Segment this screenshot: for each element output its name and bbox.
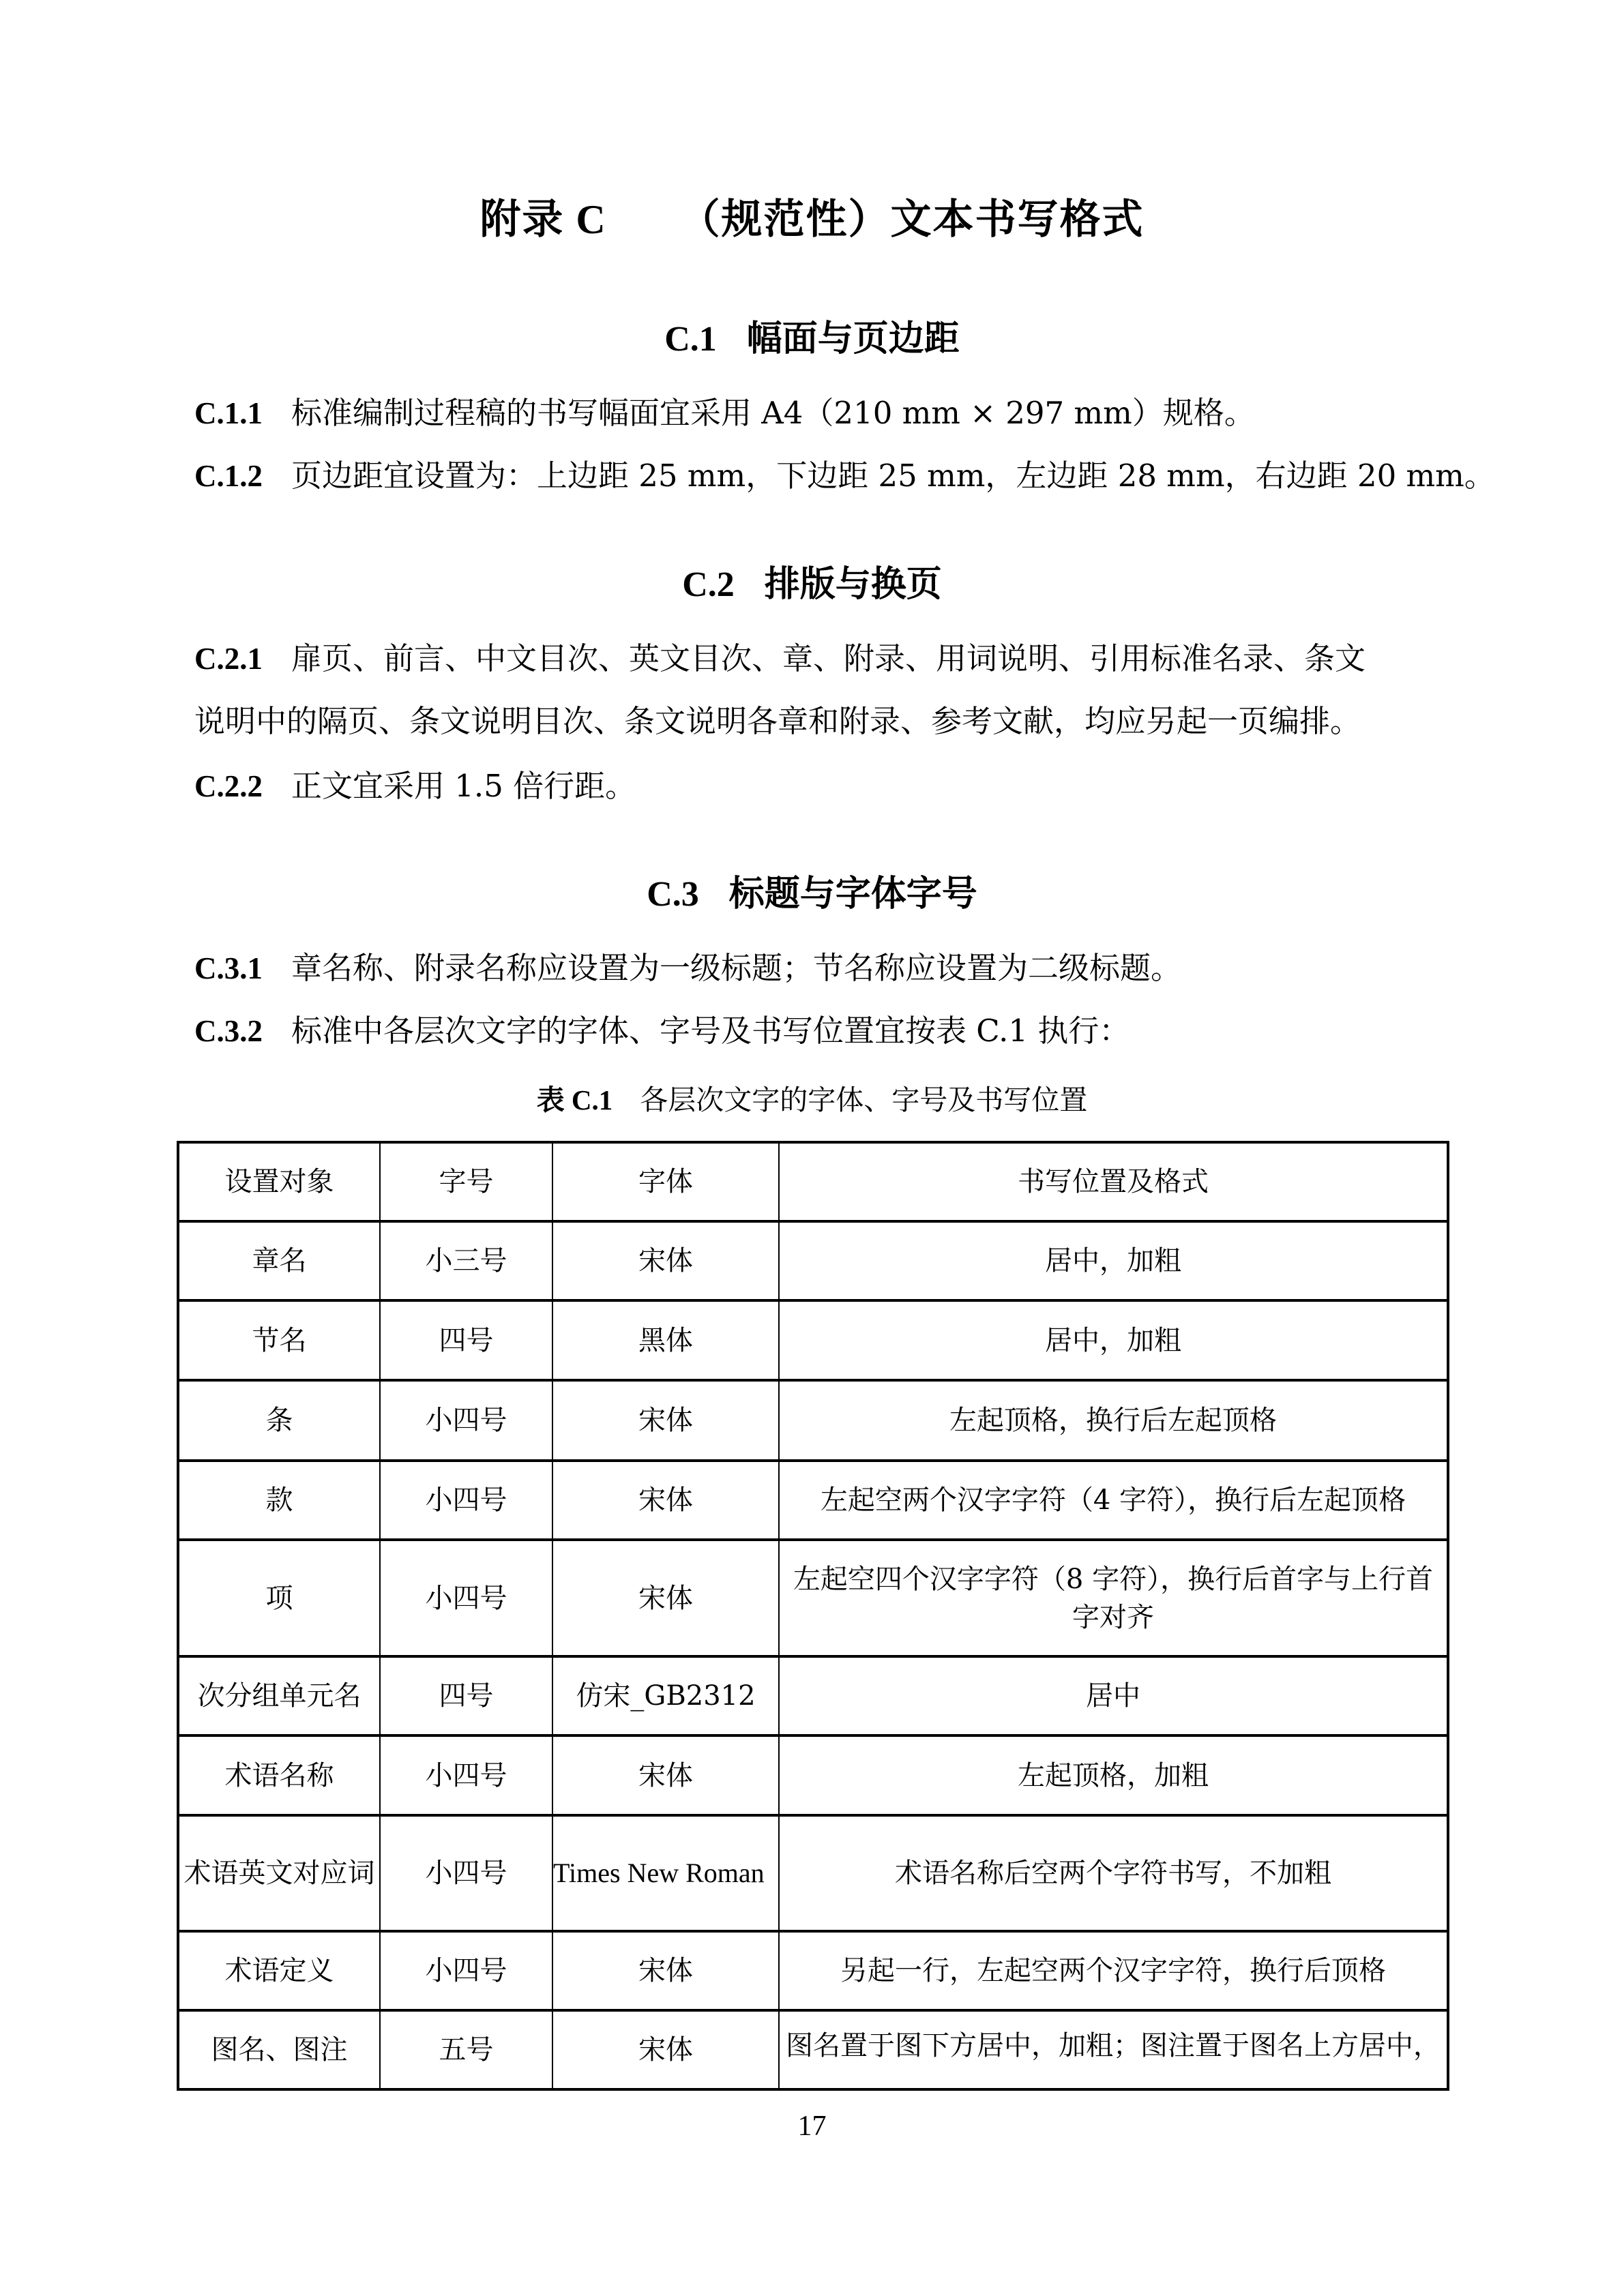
table-cell: 次分组单元名 (178, 1656, 380, 1735)
table-cell: 四号 (380, 1300, 552, 1380)
table-cell: 章名 (178, 1221, 380, 1300)
table-cell: 小四号 (380, 1380, 552, 1461)
table-cell: 术语英文对应词 (178, 1815, 380, 1931)
table-cell: 左起空四个汉字字符（8 字符），换行后首字与上行首字对齐 (779, 1540, 1448, 1656)
section-name: 幅面与页边距 (747, 318, 960, 359)
table-cell: 小四号 (380, 1735, 552, 1815)
table-row: 术语定义 小四号 宋体 另起一行，左起空两个汉字字符，换行后顶格 (178, 1931, 1448, 2010)
table-header-cell: 字体 (552, 1142, 779, 1221)
table-cell: 宋体 (552, 1931, 779, 2010)
clause-text: 标准编制过程稿的书写幅面宜采用 A4（210 mm × 297 mm）规格。 (291, 395, 1255, 431)
table-cell: 小四号 (380, 1931, 552, 2010)
table-cell: 项 (178, 1540, 380, 1656)
section-number: C.2 (682, 565, 735, 604)
table-cell: 款 (178, 1461, 380, 1540)
table-header-cell: 字号 (380, 1142, 552, 1221)
section-number: C.3 (647, 875, 699, 914)
clause-c3-1: C.3.1章名称、附录名称应设置为一级标题；节名称应设置为二级标题。 (194, 937, 1449, 1000)
table-cell: 宋体 (552, 1735, 779, 1815)
clause-c2-2: C.2.2正文宜采用 1.5 倍行距。 (194, 755, 1449, 818)
section-title-c3: C.3标题与字体字号 (0, 870, 1624, 919)
table-cell: 术语名称后空两个字符书写，不加粗 (779, 1815, 1448, 1931)
appendix-code: 附录 C (479, 197, 606, 242)
section-number: C.1 (664, 320, 717, 359)
clause-c3-2: C.3.2标准中各层次文字的字体、字号及书写位置宜按表 C.1 执行： (194, 1000, 1449, 1062)
table-cell: 条 (178, 1380, 380, 1461)
table-cell: 宋体 (552, 1461, 779, 1540)
table-caption: 表 C.1各层次文字的字体、字号及书写位置 (0, 1076, 1624, 1124)
section-title-c2: C.2排版与换页 (0, 561, 1624, 609)
clause-number: C.2.1 (194, 642, 263, 676)
table-cell: 宋体 (552, 2010, 779, 2089)
table-cell: 小四号 (380, 1461, 552, 1540)
table-header-cell: 设置对象 (178, 1142, 380, 1221)
table-cell: 图名置于图下方居中，加粗；图注置于图名上方居中， (779, 2010, 1448, 2089)
clause-text: 章名称、附录名称应设置为一级标题；节名称应设置为二级标题。 (291, 950, 1181, 986)
clause-number: C.3.1 (194, 951, 263, 985)
table-row: 次分组单元名 四号 仿宋_GB2312 居中 (178, 1656, 1448, 1735)
table-row: 节名 四号 黑体 居中，加粗 (178, 1300, 1448, 1380)
table-cell: 四号 (380, 1656, 552, 1735)
clause-c1-1: C.1.1标准编制过程稿的书写幅面宜采用 A4（210 mm × 297 mm）… (194, 382, 1449, 445)
format-table: 设置对象 字号 字体 书写位置及格式 章名 小三号 宋体 居中，加粗 节名 四号… (177, 1141, 1449, 2091)
table-cell: 左起空两个汉字字符（4 字符），换行后左起顶格 (779, 1461, 1448, 1540)
table-cell: 仿宋_GB2312 (552, 1656, 779, 1735)
table-cell: 居中，加粗 (779, 1300, 1448, 1380)
clause-c1-2: C.1.2页边距宜设置为：上边距 25 mm，下边距 25 mm，左边距 28 … (194, 445, 1449, 507)
clause-text-continued: 说明中的隔页、条文说明目次、条文说明各章和附录、参考文献，均应另起一页编排。 (194, 690, 1449, 753)
table-row: 术语名称 小四号 宋体 左起顶格，加粗 (178, 1735, 1448, 1815)
table-cell: 居中，加粗 (779, 1221, 1448, 1300)
table-row: 条 小四号 宋体 左起顶格，换行后左起顶格 (178, 1380, 1448, 1461)
section-title-c1: C.1幅面与页边距 (0, 315, 1624, 363)
table-header-cell: 书写位置及格式 (779, 1142, 1448, 1221)
table-cell: 另起一行，左起空两个汉字字符，换行后顶格 (779, 1931, 1448, 2010)
table-cell: 节名 (178, 1300, 380, 1380)
table-row: 图名、图注 五号 宋体 图名置于图下方居中，加粗；图注置于图名上方居中， (178, 2010, 1448, 2089)
table-cell: 黑体 (552, 1300, 779, 1380)
section-name: 排版与换页 (765, 564, 942, 605)
clause-number: C.1.2 (194, 459, 263, 493)
page-number: 17 (0, 2106, 1624, 2147)
appendix-title: 附录 C （规范性）文本书写格式 (0, 192, 1624, 247)
table-cell: 宋体 (552, 1221, 779, 1300)
clause-text: 标准中各层次文字的字体、字号及书写位置宜按表 C.1 执行： (291, 1013, 1130, 1049)
table-number: 表 C.1 (537, 1084, 613, 1116)
appendix-name: （规范性）文本书写格式 (679, 196, 1145, 243)
table-cell: 五号 (380, 2010, 552, 2089)
table-cell: Times New Roman (552, 1815, 779, 1931)
table-row: 项 小四号 宋体 左起空四个汉字字符（8 字符），换行后首字与上行首字对齐 (178, 1540, 1448, 1656)
clause-c2-1: C.2.1扉页、前言、中文目次、英文目次、章、附录、用词说明、引用标准名录、条文… (194, 627, 1449, 753)
table-cell: 左起顶格，加粗 (779, 1735, 1448, 1815)
table-cell: 居中 (779, 1656, 1448, 1735)
clause-number: C.2.2 (194, 769, 263, 803)
table-cell: 术语定义 (178, 1931, 380, 2010)
table-cell: 小四号 (380, 1540, 552, 1656)
table-cell: 宋体 (552, 1540, 779, 1656)
clause-number: C.1.1 (194, 396, 263, 430)
clause-number: C.3.2 (194, 1014, 263, 1048)
clause-text: 页边距宜设置为：上边距 25 mm，下边距 25 mm，左边距 28 mm，右边… (291, 458, 1495, 494)
table-row: 术语英文对应词 小四号 Times New Roman 术语名称后空两个字符书写… (178, 1815, 1448, 1931)
table-cell: 左起顶格，换行后左起顶格 (779, 1380, 1448, 1461)
table-cell: 小三号 (380, 1221, 552, 1300)
table-cell: 术语名称 (178, 1735, 380, 1815)
table-title: 各层次文字的字体、字号及书写位置 (640, 1084, 1087, 1116)
section-name: 标题与字体字号 (729, 874, 977, 914)
table-cell: 小四号 (380, 1815, 552, 1931)
table-header-row: 设置对象 字号 字体 书写位置及格式 (178, 1142, 1448, 1221)
table-row: 章名 小三号 宋体 居中，加粗 (178, 1221, 1448, 1300)
table-row: 款 小四号 宋体 左起空两个汉字字符（4 字符），换行后左起顶格 (178, 1461, 1448, 1540)
clause-text: 扉页、前言、中文目次、英文目次、章、附录、用词说明、引用标准名录、条文 (291, 640, 1365, 676)
clause-text: 正文宜采用 1.5 倍行距。 (291, 768, 636, 804)
table-cell: 图名、图注 (178, 2010, 380, 2089)
table-cell: 宋体 (552, 1380, 779, 1461)
